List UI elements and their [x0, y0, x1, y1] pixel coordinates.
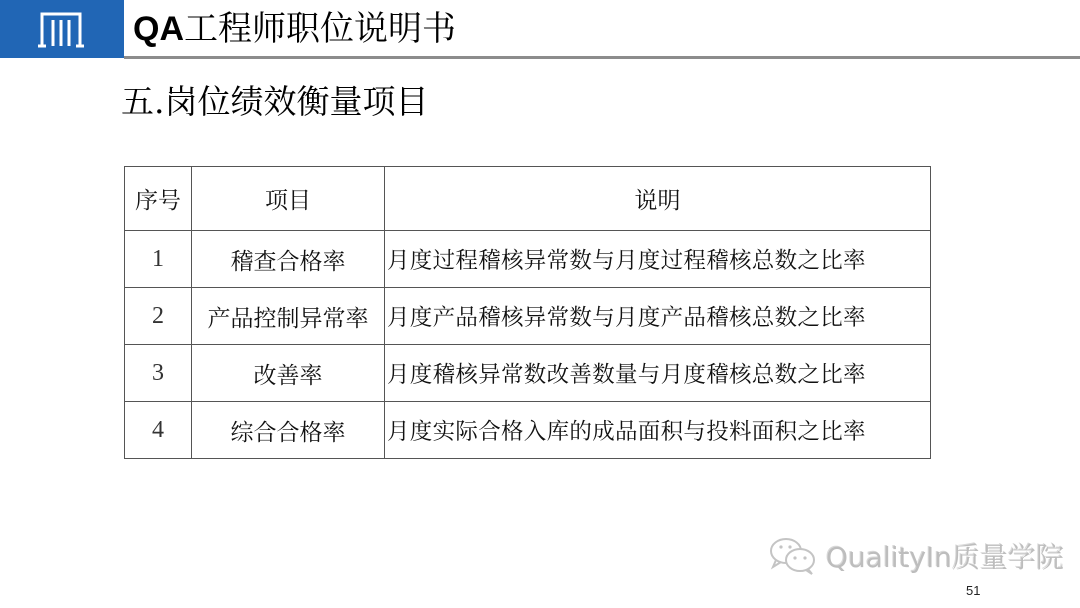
header-title-prefix: QA: [133, 10, 184, 48]
row-item: 综合合格率: [192, 402, 385, 459]
row-item: 改善率: [192, 345, 385, 402]
row-number: 2: [125, 288, 192, 345]
slide-header-title: QA工程师职位说明书: [133, 6, 456, 52]
table-header-row: 序号 项目 说明: [125, 167, 931, 231]
wechat-icon: [768, 536, 820, 576]
table-row: 3 改善率 月度稽核异常数改善数量与月度稽核总数之比率: [125, 345, 931, 402]
column-header-desc: 说明: [385, 167, 931, 231]
table-row: 2 产品控制异常率 月度产品稽核异常数与月度产品稽核总数之比率: [125, 288, 931, 345]
row-item: 产品控制异常率: [192, 288, 385, 345]
row-description: 月度过程稽核异常数与月度过程稽核总数之比率: [385, 231, 931, 288]
building-pillars-icon: [36, 10, 86, 48]
header-title-rest: 工程师职位说明书: [184, 9, 456, 49]
table-row: 4 综合合格率 月度实际合格入库的成品面积与投料面积之比率: [125, 402, 931, 459]
column-header-item: 项目: [192, 167, 385, 231]
section-title: 五.岗位绩效衡量项目: [121, 80, 429, 124]
kpi-table: 序号 项目 说明 1 稽查合格率 月度过程稽核异常数与月度过程稽核总数之比率 2…: [124, 166, 931, 459]
row-number: 1: [125, 231, 192, 288]
row-item: 稽查合格率: [192, 231, 385, 288]
header-divider: [124, 56, 1080, 59]
row-description: 月度稽核异常数改善数量与月度稽核总数之比率: [385, 345, 931, 402]
watermark: QualityIn质量学院: [768, 536, 1064, 576]
page-number: 51: [966, 583, 980, 598]
column-header-no: 序号: [125, 167, 192, 231]
row-description: 月度实际合格入库的成品面积与投料面积之比率: [385, 402, 931, 459]
row-number: 4: [125, 402, 192, 459]
row-description: 月度产品稽核异常数与月度产品稽核总数之比率: [385, 288, 931, 345]
row-number: 3: [125, 345, 192, 402]
header-band: [0, 0, 124, 58]
watermark-text: QualityIn质量学院: [826, 536, 1064, 576]
table-row: 1 稽查合格率 月度过程稽核异常数与月度过程稽核总数之比率: [125, 231, 931, 288]
